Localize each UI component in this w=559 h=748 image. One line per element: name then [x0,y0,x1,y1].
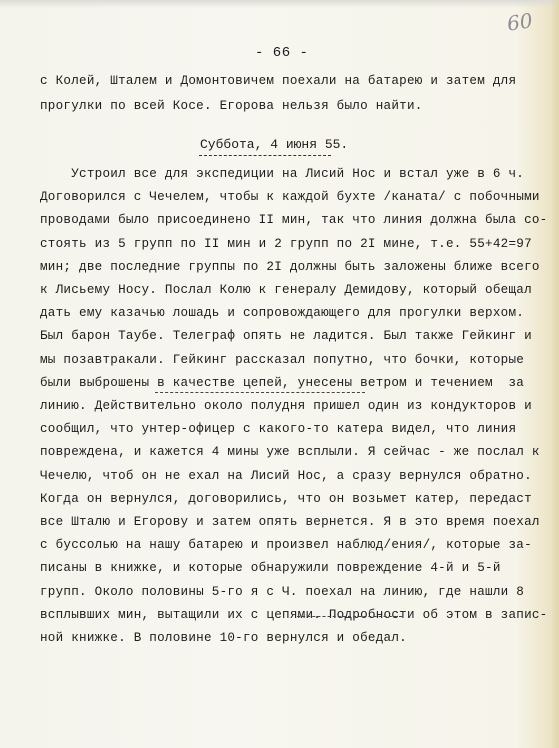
text-line: групп. Около половины 5-го я с Ч. поехал… [40,584,524,600]
text-line: проводами было присоединено II мин, так … [40,212,548,228]
text-line: ной книжке. В половине 10-го вернулся и … [40,630,407,646]
pencil-underline [155,392,365,393]
text-line: с Колей, Шталем и Домонтовичем поехали н… [40,73,516,89]
text-line: Когда он вернулся, договорились, что он … [40,491,532,507]
text-line: были выброшены в качестве цепей, унесены… [40,375,524,391]
text-line: Устроил все для экспедиции на Лисий Нос … [40,166,524,182]
text-line: все Шталю и Егорову и затем опять вернет… [40,514,540,530]
text-line: с буссолью на нашу батарею и произвел на… [40,537,532,553]
text-line: к Лисьему Носу. Послал Колю к генералу Д… [40,282,532,298]
text-line: всплывших мин, вытащили их с цепями. Под… [40,607,548,623]
page-number: - 66 - [255,45,308,61]
document-page: 60 - 66 - с Колей, Шталем и Домонтовичем… [0,0,559,748]
scan-top-shadow [0,0,559,8]
text-line: повреждена, и кажется 4 мины уже всплыли… [40,444,540,460]
pencil-underline [297,616,402,617]
entry-heading: Суббота, 4 июня 55. [200,137,348,152]
text-line: сообщил, что унтер-офицер с какого-то ка… [40,421,516,437]
text-line: Чечелю, чтоб он не ехал на Лисий Нос, а … [40,468,532,484]
text-line: линию. Действительно около полудня прише… [40,398,532,414]
paper-edge [551,0,559,748]
text-line: стоять из 5 групп по II мин и 2 групп по… [40,236,532,252]
text-line: писаны в книжке, и которые обнаружили по… [40,560,501,576]
text-line: мы позавтракали. Гейкинг рассказал попут… [40,352,524,368]
text-line: мин; две последние группы по 2I должны б… [40,259,540,275]
text-line: дать ему казачью лошадь и сопровождающег… [40,305,524,321]
handwritten-folio-number: 60 [505,8,534,35]
text-line: Был барон Таубе. Телеграф опять не ладит… [40,328,532,344]
text-line: Договорился с Чечелем, чтобы к каждой бу… [40,189,540,205]
heading-underline [199,155,331,156]
text-line: прогулки по всей Косе. Егорова нельзя бы… [40,98,423,114]
